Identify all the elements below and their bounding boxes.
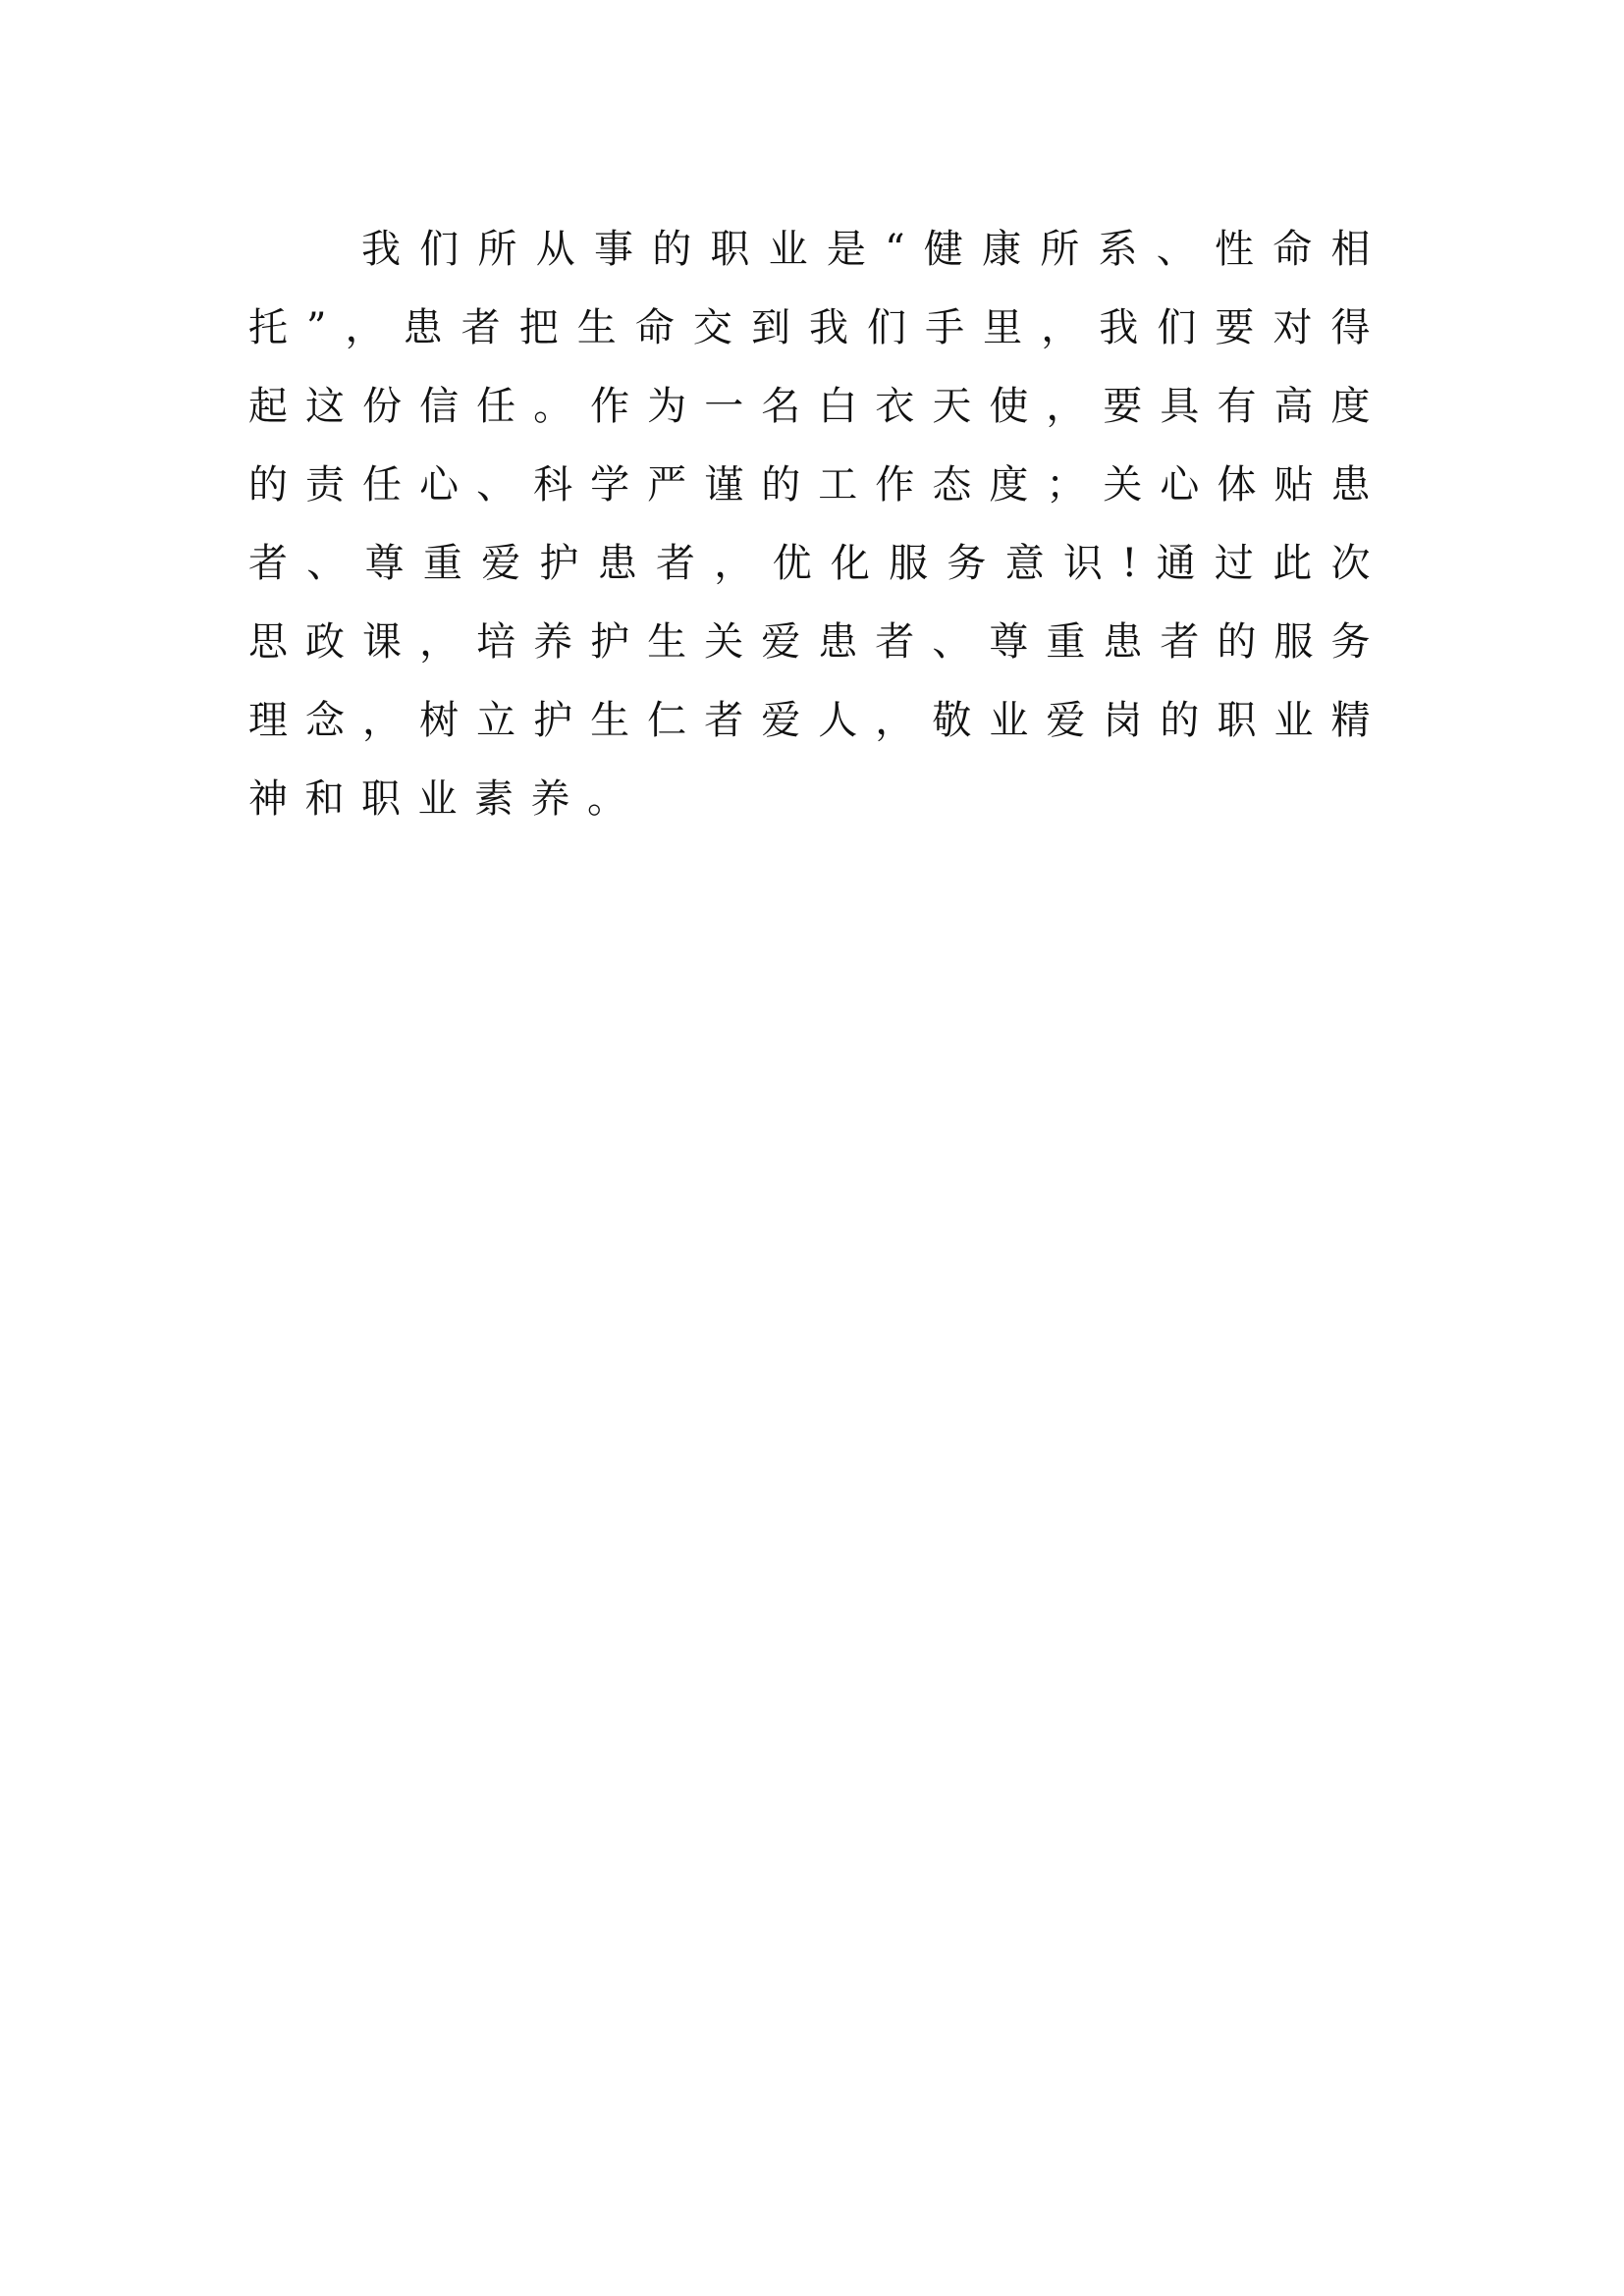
body-paragraph: 我们所从事的职业是“健康所系、性命相托”，患者把生命交到我们手里，我们要对得起这… xyxy=(248,210,1387,838)
document-page: 我们所从事的职业是“健康所系、性命相托”，患者把生命交到我们手里，我们要对得起这… xyxy=(0,0,1624,2296)
